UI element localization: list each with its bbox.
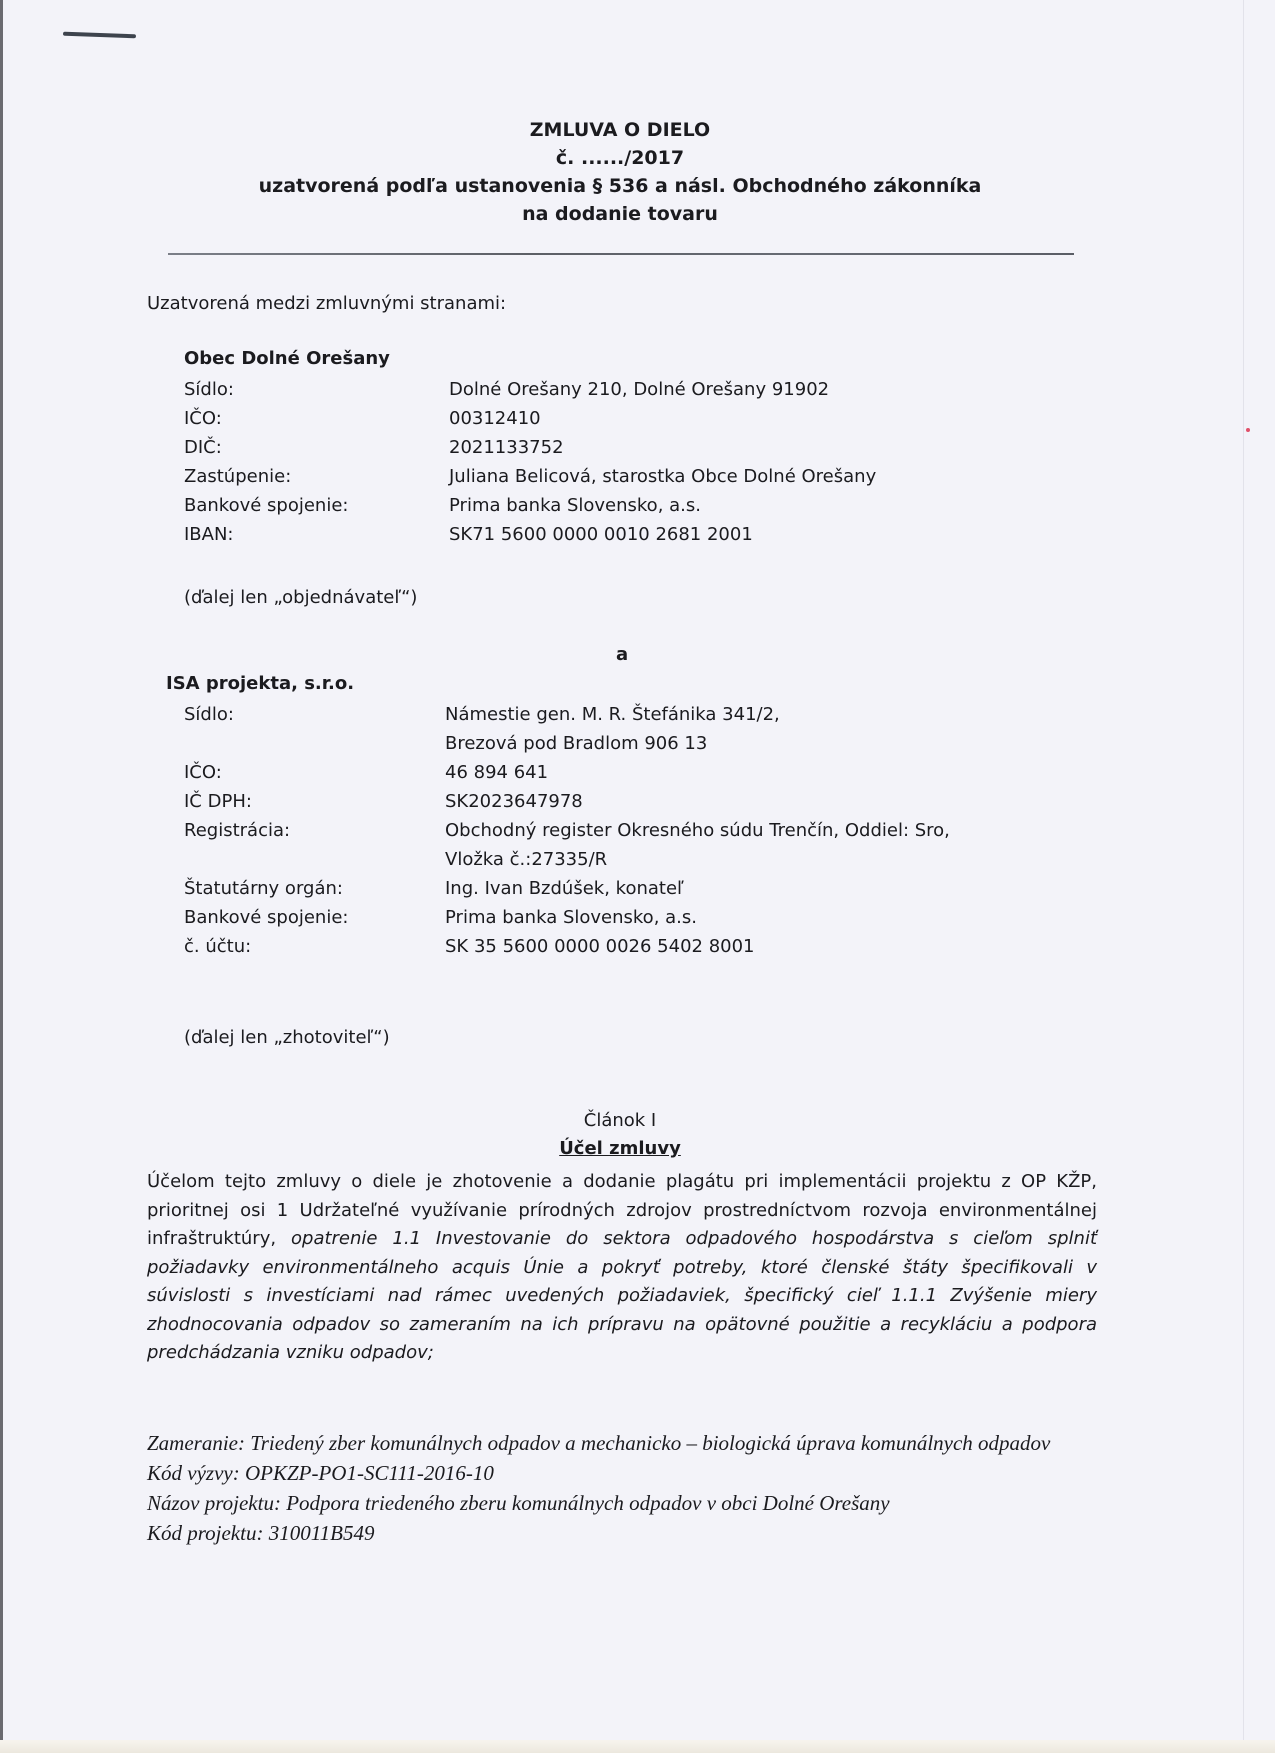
client-field-label: Zastúpenie: [184,463,291,491]
contractor-field-value: Námestie gen. M. R. Štefánika 341/2, [445,701,780,729]
client-field-value: SK71 5600 0000 0010 2681 2001 [449,521,753,549]
article-number: Článok I [0,1110,1240,1131]
article-title: Účel zmluvy [0,1138,1240,1159]
contractor-field-value-cont: Vložka č.:27335/R [445,846,607,874]
project-focus: Zameranie: Triedený zber komunálnych odp… [147,1428,1097,1458]
contractor-field-value: Obchodný register Okresného súdu Trenčín… [445,817,950,845]
contractor-field-label: Bankové spojenie: [184,904,348,932]
contractor-field-value: SK2023647978 [445,788,583,816]
client-name: Obec Dolné Orešany [184,345,390,373]
client-field-value: Prima banka Slovensko, a.s. [449,492,701,520]
project-info: Zameranie: Triedený zber komunálnych odp… [147,1428,1097,1548]
client-field-value: 2021133752 [449,434,564,462]
client-field-value: Juliana Belicová, starostka Obce Dolné O… [449,463,876,491]
project-code: Kód projektu: 310011B549 [147,1518,1097,1548]
contractor-field-value: Ing. Ivan Bzdúšek, konateľ [445,875,684,903]
scan-page-edge-right [1243,0,1244,1753]
client-alias: (ďalej len „objednávateľ“) [184,584,417,612]
contractor-field-value: Prima banka Slovensko, a.s. [445,904,697,932]
scan-page-edge-left [0,0,3,1753]
contractor-field-value: 46 894 641 [445,759,548,787]
parties-connector: a [616,641,628,669]
client-field-label: Sídlo: [184,376,234,404]
staple-mark [63,32,136,39]
client-field-label: DIČ: [184,434,222,462]
contractor-alias: (ďalej len „zhotoviteľ“) [184,1024,390,1052]
project-name: Názov projektu: Podpora triedeného zberu… [147,1488,1097,1518]
client-field-label: IČO: [184,405,222,433]
header-divider [168,253,1074,255]
document-legal-basis: uzatvorená podľa ustanovenia § 536 a nás… [0,172,1240,200]
contractor-field-value-cont: Brezová pod Bradlom 906 13 [445,730,707,758]
scan-page-edge-bottom [0,1740,1275,1753]
document-number: č. ....../2017 [0,144,1240,172]
client-field-label: IBAN: [184,521,234,549]
contractor-field-label: IČO: [184,759,222,787]
project-call-code: Kód výzvy: OPKZP-PO1-SC111-2016-10 [147,1458,1097,1488]
ink-dot [1246,428,1250,432]
document-title: ZMLUVA O DIELO [0,116,1240,144]
contractor-field-label: IČ DPH: [184,788,252,816]
contractor-field-label: Štatutárny orgán: [184,875,343,903]
article-body: Účelom tejto zmluvy o diele je zhotoveni… [147,1168,1097,1368]
client-field-value: Dolné Orešany 210, Dolné Orešany 91902 [449,376,829,404]
contractor-field-label: č. účtu: [184,933,251,961]
contractor-field-label: Registrácia: [184,817,290,845]
client-field-value: 00312410 [449,405,541,433]
contractor-field-label: Sídlo: [184,701,234,729]
client-field-label: Bankové spojenie: [184,492,348,520]
contractor-name: ISA projekta, s.r.o. [166,670,354,698]
contractor-field-value: SK 35 5600 0000 0026 5402 8001 [445,933,755,961]
document-subject: na dodanie tovaru [0,200,1240,228]
parties-intro: Uzatvorená medzi zmluvnými stranami: [147,290,506,318]
